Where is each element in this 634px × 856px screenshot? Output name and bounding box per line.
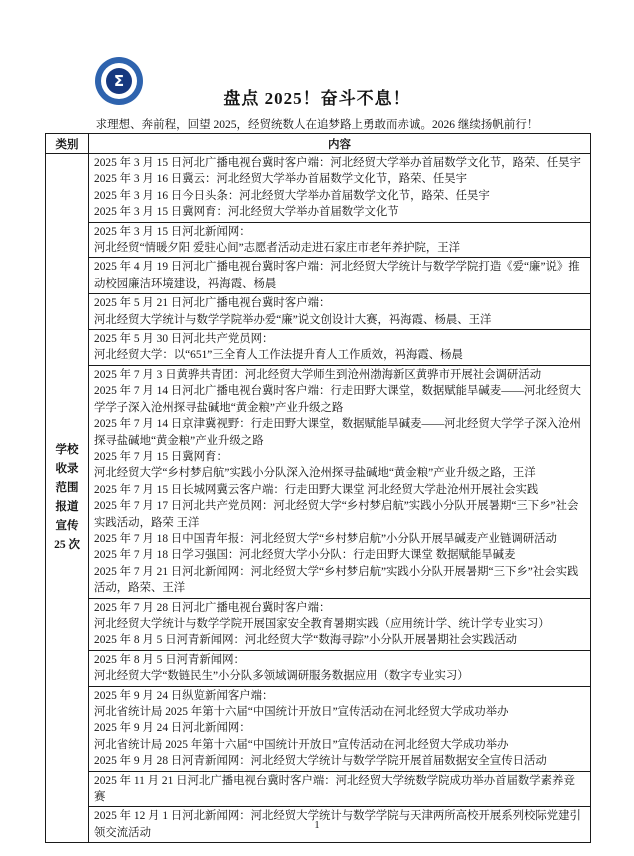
table-row: 2025 年 8 月 5 日河青新闻网：河北经贸大学“数链民生”小分队多领域调研…	[46, 650, 591, 686]
table-row: 学校收录范围报道宣传25 次2025 年 3 月 15 日河北广播电视台冀时客户…	[46, 154, 591, 223]
content-entry: 2025 年 9 月 28 日河青新闻网：河北经贸大学统计与数学学院开展首届数据…	[94, 753, 586, 769]
category-label-line: 25 次	[46, 536, 88, 555]
content-entry: 2025 年 5 月 30 日河北共产党员网：	[94, 331, 586, 347]
content-entry: 2025 年 11 月 21 日河北广播电视台冀时客户端：河北经贸大学统数学院成…	[94, 773, 586, 806]
content-entry: 河北经贸大学：以“651”三全育人工作法提升育人工作质效，祃海霞、杨晨	[94, 347, 586, 363]
content-entry: 河北经贸“情暖夕阳 爱驻心间”志愿者活动走进石家庄市老年养护院，王洋	[94, 240, 586, 256]
table-header-row: 类别 内容	[46, 134, 591, 154]
content-entry: 2025 年 7 月 14 日河北广播电视台冀时客户端：行走田野大课堂，数据赋能…	[94, 383, 586, 416]
content-cell: 2025 年 7 月 28 日河北广播电视台冀时客户端：河北经贸大学统计与数学学…	[89, 598, 591, 650]
content-cell: 2025 年 5 月 21 日河北广播电视台冀时客户端：河北经贸大学统计与数学学…	[89, 294, 591, 330]
content-entry: 2025 年 8 月 5 日河青新闻网：	[94, 652, 586, 668]
content-entry: 河北经贸大学“数链民生”小分队多领域调研服务数据应用（数字专业实习）	[94, 668, 586, 684]
content-entry: 2025 年 9 月 24 日纵览新闻客户端：	[94, 688, 586, 704]
table-row: 2025 年 5 月 30 日河北共产党员网：河北经贸大学：以“651”三全育人…	[46, 330, 591, 366]
content-cell: 2025 年 9 月 24 日纵览新闻客户端：河北省统计局 2025 年第十六届…	[89, 686, 591, 771]
content-cell: 2025 年 11 月 21 日河北广播电视台冀时客户端：河北经贸大学统数学院成…	[89, 771, 591, 807]
table-header-content: 内容	[89, 134, 591, 154]
table-row: 2025 年 11 月 21 日河北广播电视台冀时客户端：河北经贸大学统数学院成…	[46, 771, 591, 807]
table-header-category: 类别	[46, 134, 89, 154]
category-label-line: 收录	[46, 460, 88, 479]
content-entry: 2025 年 3 月 15 日冀网育：河北经贸大学举办首届数学文化节	[94, 204, 586, 220]
content-cell: 2025 年 4 月 19 日河北广播电视台冀时客户端：河北经贸大学统计与数学学…	[89, 258, 591, 294]
table-row: 2025 年 3 月 15 日河北新闻网：河北经贸“情暖夕阳 爱驻心间”志愿者活…	[46, 222, 591, 258]
content-entry: 2025 年 7 月 3 日黄骅共青团：河北经贸大学师生到沧州渤海新区黄骅市开展…	[94, 367, 586, 383]
category-cell: 学校收录范围报道宣传25 次	[46, 154, 89, 843]
table-row: 2025 年 4 月 19 日河北广播电视台冀时客户端：河北经贸大学统计与数学学…	[46, 258, 591, 294]
content-entry: 2025 年 3 月 16 日冀云：河北经贸大学举办首届数学文化节，路荣、任昊宇	[94, 171, 586, 187]
content-entry: 2025 年 7 月 18 日学习强国：河北经贸大学小分队：行走田野大课堂 数据…	[94, 547, 586, 563]
content-entry: 2025 年 7 月 18 日中国青年报：河北经贸大学“乡村梦启航”小分队开展旱…	[94, 531, 586, 547]
page-title: 盘点 2025！奋斗不息！	[0, 84, 634, 109]
category-label-line: 学校	[46, 441, 88, 460]
content-entry: 2025 年 4 月 19 日河北广播电视台冀时客户端：河北经贸大学统计与数学学…	[94, 259, 586, 292]
content-entry: 河北省统计局 2025 年第十六届“中国统计开放日”宣传活动在河北经贸大学成功举…	[94, 737, 586, 753]
content-entry: 2025 年 9 月 24 日河北新闻网：	[94, 720, 586, 736]
category-label-line: 报道	[46, 498, 88, 517]
content-cell: 2025 年 3 月 15 日河北新闻网：河北经贸“情暖夕阳 爱驻心间”志愿者活…	[89, 222, 591, 258]
category-label-line: 宣传	[46, 517, 88, 536]
content-cell: 2025 年 7 月 3 日黄骅共青团：河北经贸大学师生到沧州渤海新区黄骅市开展…	[89, 365, 591, 598]
content-entry: 2025 年 8 月 5 日河青新闻网：河北经贸大学“数海寻踪”小分队开展暑期社…	[94, 632, 586, 648]
content-entry: 2025 年 3 月 15 日河北新闻网：	[94, 224, 586, 240]
content-entry: 河北经贸大学统计与数学学院开展国家安全教育暑期实践（应用统计学、统计学专业实习）	[94, 616, 586, 632]
report-table: 类别 内容 学校收录范围报道宣传25 次2025 年 3 月 15 日河北广播电…	[45, 133, 591, 843]
category-label-line: 范围	[46, 479, 88, 498]
content-cell: 2025 年 8 月 5 日河青新闻网：河北经贸大学“数链民生”小分队多领域调研…	[89, 650, 591, 686]
table-row: 2025 年 7 月 3 日黄骅共青团：河北经贸大学师生到沧州渤海新区黄骅市开展…	[46, 365, 591, 598]
content-entry: 2025 年 7 月 14 日京津冀视野：行走田野大课堂，数据赋能旱碱麦——河北…	[94, 416, 586, 449]
content-entry: 河北经贸大学“乡村梦启航”实践小分队深入沧州探寻盐碱地“黄金粮”产业升级之路，王…	[94, 465, 586, 481]
table-row: 2025 年 7 月 28 日河北广播电视台冀时客户端：河北经贸大学统计与数学学…	[46, 598, 591, 650]
content-entry: 2025 年 7 月 15 日冀网育：	[94, 449, 586, 465]
content-entry: 2025 年 3 月 16 日今日头条：河北经贸大学举办首届数学文化节，路荣、任…	[94, 188, 586, 204]
content-cell: 2025 年 5 月 30 日河北共产党员网：河北经贸大学：以“651”三全育人…	[89, 330, 591, 366]
content-entry: 2025 年 7 月 15 日长城网冀云客户端：行走田野大课堂 河北经贸大学赴沧…	[94, 482, 586, 498]
content-cell: 2025 年 3 月 15 日河北广播电视台冀时客户端：河北经贸大学举办首届数学…	[89, 154, 591, 223]
page-number: 1	[0, 820, 634, 831]
content-entry: 2025 年 3 月 15 日河北广播电视台冀时客户端：河北经贸大学举办首届数学…	[94, 155, 586, 171]
page-subtitle: 求理想、奔前程，回望 2025，经贸统数人在追梦路上勇敢而赤诚。2026 继续扬…	[0, 116, 634, 132]
table-row: 2025 年 5 月 21 日河北广播电视台冀时客户端：河北经贸大学统计与数学学…	[46, 294, 591, 330]
content-entry: 2025 年 7 月 21 日河北新闻网：河北经贸大学“乡村梦启航”实践小分队开…	[94, 564, 586, 597]
content-entry: 2025 年 7 月 28 日河北广播电视台冀时客户端：	[94, 600, 586, 616]
table-row: 2025 年 9 月 24 日纵览新闻客户端：河北省统计局 2025 年第十六届…	[46, 686, 591, 771]
content-entry: 2025 年 7 月 17 日河北共产党员网：河北经贸大学“乡村梦启航”实践小分…	[94, 498, 586, 531]
content-entry: 2025 年 5 月 21 日河北广播电视台冀时客户端：	[94, 295, 586, 311]
document-page: Σ 盘点 2025！奋斗不息！ 求理想、奔前程，回望 2025，经贸统数人在追梦…	[0, 0, 634, 856]
content-entry: 河北省统计局 2025 年第十六届“中国统计开放日”宣传活动在河北经贸大学成功举…	[94, 704, 586, 720]
report-table-body: 学校收录范围报道宣传25 次2025 年 3 月 15 日河北广播电视台冀时客户…	[46, 154, 591, 843]
content-entry: 河北经贸大学统计与数学学院举办爱“廉”说文创设计大赛，祃海霞、杨晨、王洋	[94, 312, 586, 328]
